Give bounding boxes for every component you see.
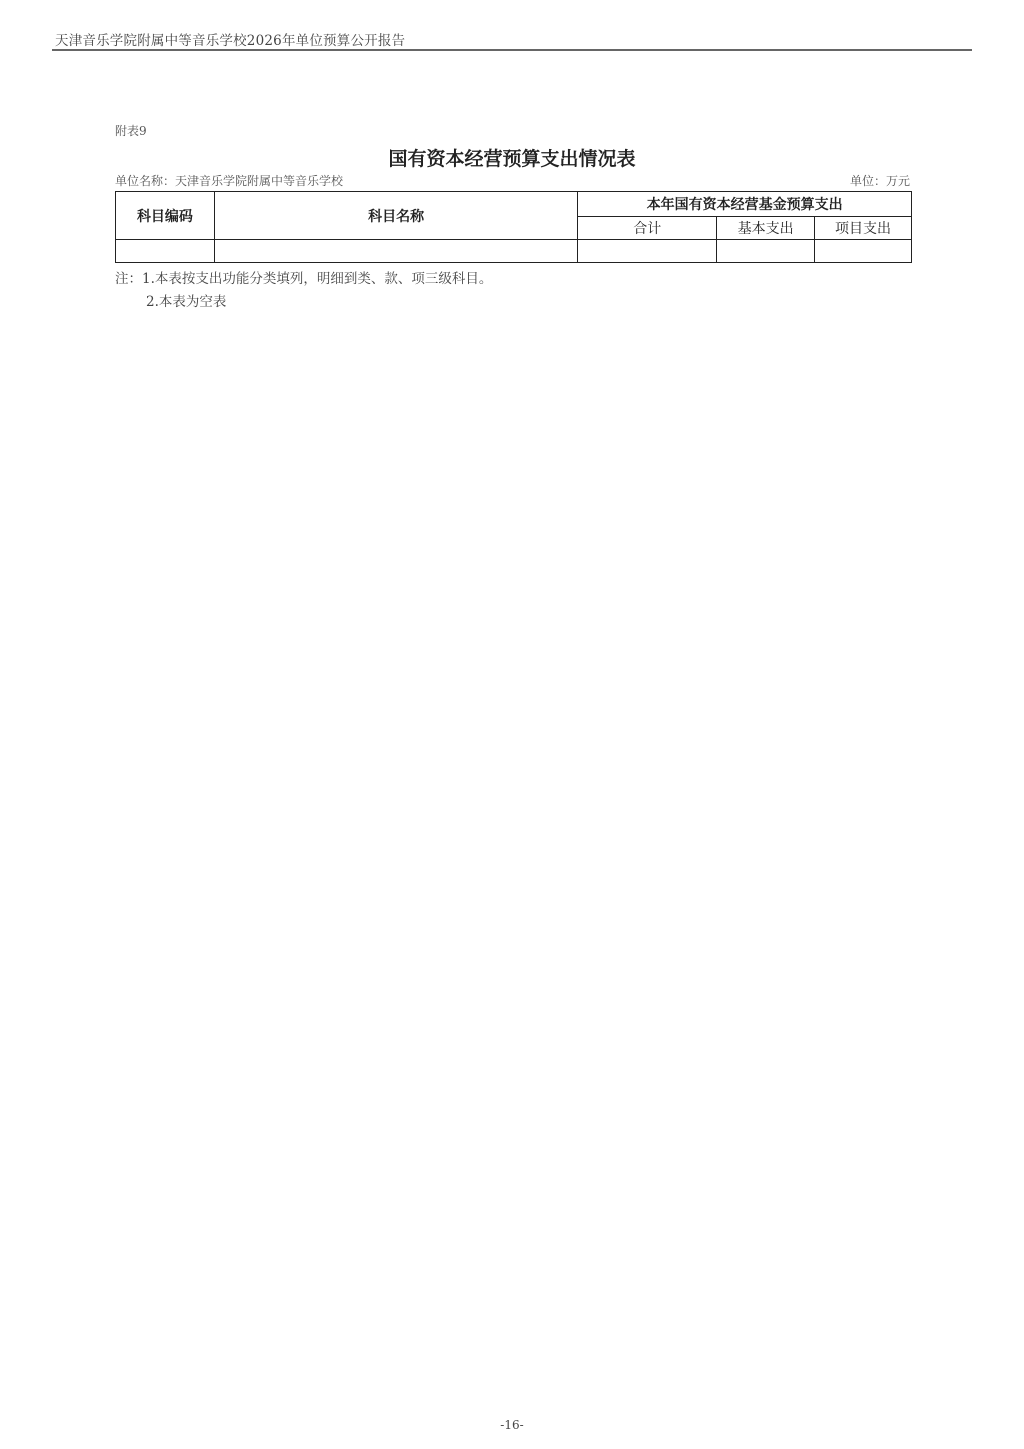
- page-number: -16-: [0, 1418, 1024, 1432]
- column-header-name: 科目名称: [214, 192, 578, 240]
- note-1: 注：1.本表按支出功能分类填列，明细到类、款、项三级科目。: [115, 268, 492, 291]
- unit-name: 单位名称：天津音乐学院附属中等音乐学校: [115, 172, 343, 189]
- column-header-total: 合计: [578, 217, 717, 240]
- column-header-project: 项目支出: [815, 217, 912, 240]
- column-group-header: 本年国有资本经营基金预算支出: [578, 192, 912, 217]
- table-cell: [116, 240, 215, 263]
- table-cell: [815, 240, 912, 263]
- running-header: 天津音乐学院附属中等音乐学校2026年单位预算公开报告: [55, 29, 405, 49]
- table-cell: [717, 240, 815, 263]
- column-header-basic: 基本支出: [717, 217, 815, 240]
- currency-unit: 单位：万元: [850, 172, 910, 189]
- note-2: 2.本表为空表: [115, 291, 492, 314]
- page-title: 国有资本经营预算支出情况表: [0, 144, 1024, 171]
- header-divider: [52, 49, 972, 51]
- table-row: [116, 240, 912, 263]
- column-header-code: 科目编码: [116, 192, 215, 240]
- table-cell: [214, 240, 578, 263]
- budget-table: 科目编码 科目名称 本年国有资本经营基金预算支出 合计 基本支出 项目支出: [115, 191, 912, 263]
- notes: 注：1.本表按支出功能分类填列，明细到类、款、项三级科目。 2.本表为空表: [115, 268, 492, 314]
- table-cell: [578, 240, 717, 263]
- appendix-label: 附表9: [115, 122, 147, 139]
